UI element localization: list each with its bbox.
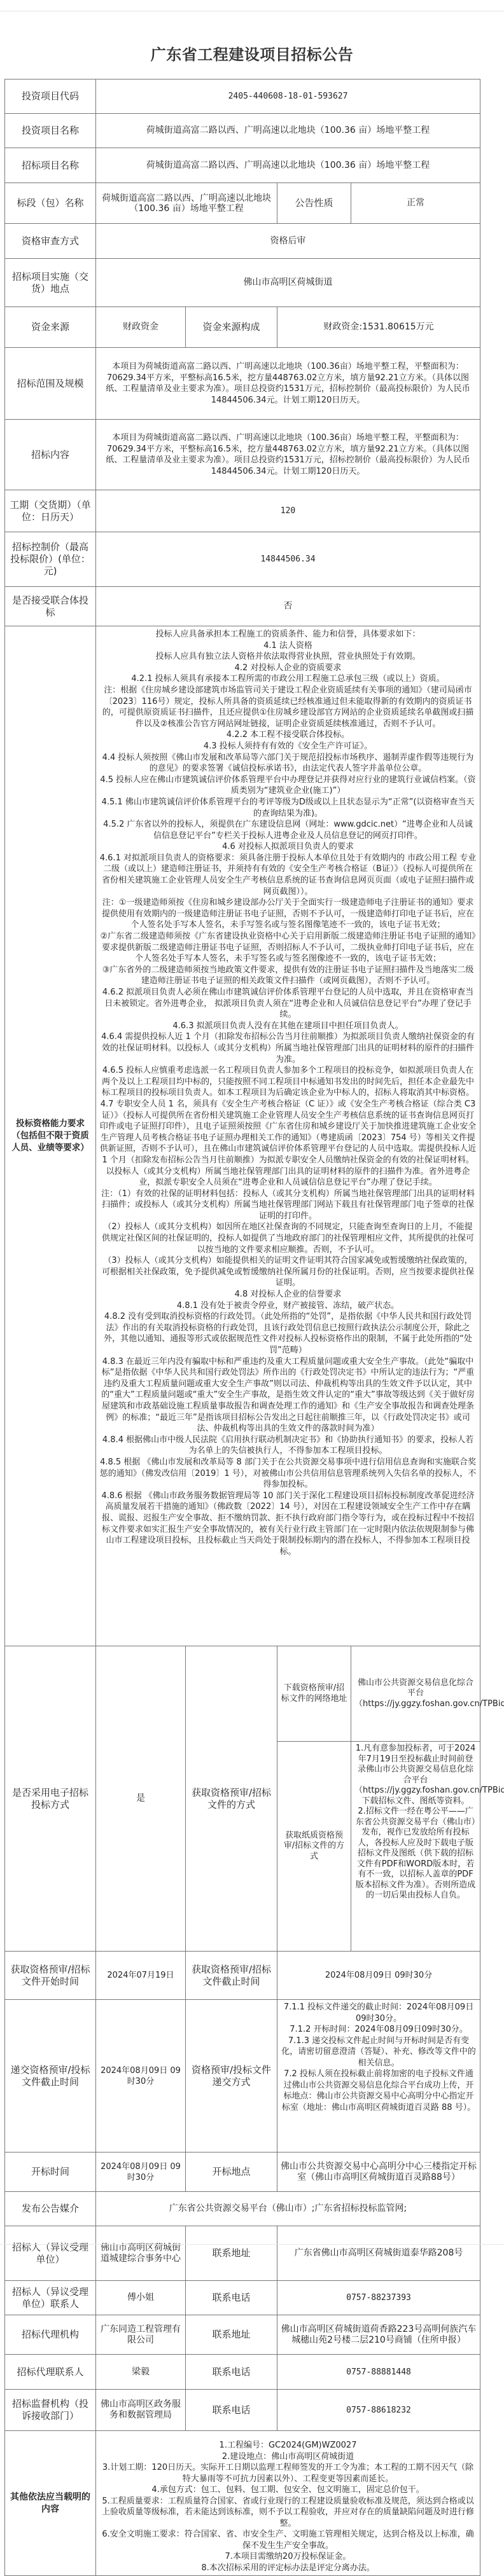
row-media: 发布公告媒介 广东省公共资源交易平台（佛山市）;广东省招标投标监管网;	[5, 2192, 480, 2226]
agency-contact-label: 招标代理联系人	[5, 2355, 96, 2390]
doc-start-label: 获取资格预审/招标文件开始时间	[5, 1952, 96, 2000]
agency-phone-value: 0757-88881448	[277, 2355, 480, 2390]
paper-doc-method-value: 1.凡有意参加投标者，可于2024年7月19日至投标截止时间前登录佛山市公共资源…	[351, 1742, 480, 1952]
row-scope: 招标范围及规模 本项目为荷城街道高富二路以西、广明高速以北地块（100.36亩）…	[5, 348, 480, 420]
project-code-value: 2405-440608-18-01-593627	[96, 79, 480, 114]
content-value: 本项目为荷城街道高富二路以西、广明高速以北地块（100.36亩）场地平整工程，平…	[96, 420, 480, 490]
get-doc-method-label: 获取资格预审/招标文件的方式	[186, 1646, 277, 1952]
supervisor-label: 招标监督机构（投诉接收部门）	[5, 2390, 96, 2431]
opening-place-value: 佛山市公共资源交易中心高明分中心三楼指定开标室（佛山市高明区荷城街道百灵路88号…	[277, 2152, 480, 2192]
opening-time-value: 2024年08月09日 09时30分	[96, 2152, 186, 2192]
doc-end-label: 获取资格预审/招标文件截止时间	[186, 1952, 277, 2000]
row-duration: 工期（交货期）（单位：日历天） 120	[5, 490, 480, 532]
row-consortium: 是否接受联合体投标 否	[5, 587, 480, 626]
tender-project-name-value: 荷城街道高富二路以西、广明高速以北地块（100.36 亩）场地平整工程	[96, 148, 480, 183]
tender-notice-table: 投资项目代码 2405-440608-18-01-593627 投资项目名称 荷…	[4, 79, 480, 2576]
row-electronic-download: 是否采用电子招标投标方式 是 获取资格预审/招标文件的方式 下载资格预审/招标文…	[5, 1646, 480, 1742]
row-section-name: 标段（包）名称 荷城街道高富二路以西、广明高速以北地块（100.36 亩）场地平…	[5, 183, 480, 224]
notice-nature-value: 正常	[351, 183, 480, 224]
tenderer-phone-label: 联系电话	[186, 2281, 277, 2315]
agency-contact-value: 梁毅	[96, 2355, 186, 2390]
scope-label: 招标范围及规模	[5, 348, 96, 420]
location-label: 招标项目实施（交货）地点	[5, 259, 96, 307]
submission-method-label: 资格预审/投标文件递交方式	[186, 2000, 277, 2152]
control-price-label: 招标控制价（最高投标限价）(单位：元)	[5, 532, 96, 587]
supervisor-value: 佛山市高明区政务服务和数据管理局	[96, 2390, 186, 2431]
opening-time-label: 开标时间	[5, 2152, 96, 2192]
submission-method-value: 7.1.1 投标文件递交的截止时间：2024年08月09日09时30分。 7.1…	[277, 2000, 480, 2152]
row-project-code: 投资项目代码 2405-440608-18-01-593627	[5, 79, 480, 114]
agency-phone-label: 联系电话	[186, 2355, 277, 2390]
row-opening: 开标时间 2024年08月09日 09时30分 开标地点 佛山市公共资源交易中心…	[5, 2152, 480, 2192]
row-tenderer-contact: 招标人（异议受理单位）联系人 傅小姐 联系电话 0757-88237393	[5, 2281, 480, 2315]
row-funding: 资金来源 财政资金 资金来源构成 财政资金:1531.80615万元	[5, 307, 480, 348]
funding-source-label: 资金来源	[5, 307, 96, 348]
project-name-value: 荷城街道高富二路以西、广明高速以北地块（100.36 亩）场地平整工程	[96, 114, 480, 148]
tenderer-address-label: 联系地址	[186, 2226, 277, 2281]
duration-value: 120	[96, 490, 480, 532]
download-url-label: 下载资格预审/招标文件的网络地址	[277, 1646, 351, 1742]
funding-composition-value: 财政资金:1531.80615万元	[277, 307, 480, 348]
scope-value: 本项目为荷城街道高富二路以西、广明高速以北地块（100.36亩）场地平整工程，平…	[96, 348, 480, 420]
top-divider	[0, 11, 504, 11]
download-url-value[interactable]: 佛山市公共资源交易信息化综合平台 （https://jy.ggzy.foshan…	[351, 1646, 480, 1742]
media-label: 发布公告媒介	[5, 2192, 96, 2226]
qualification-method-label: 资格审查方式	[5, 224, 96, 259]
duration-label: 工期（交货期）（单位：日历天）	[5, 490, 96, 532]
tenderer-contact-value: 傅小姐	[96, 2281, 186, 2315]
media-value: 广东省公共资源交易平台（佛山市）;广东省招标投标监管网;	[96, 2192, 480, 2226]
supervisor-phone-label: 联系电话	[186, 2390, 277, 2431]
qualification-method-value: 资格后审	[96, 224, 480, 259]
electronic-bidding-value: 是	[96, 1646, 186, 1952]
bottom-divider	[0, 2244, 504, 2245]
other-value: 1.工程编号：GC2024(GM)WZ0027 2.建设地点：佛山市高明区荷城街…	[96, 2431, 480, 2576]
row-supervisor: 招标监督机构（投诉接收部门） 佛山市高明区政务服务和数据管理局 联系电话 075…	[5, 2390, 480, 2431]
agency-value: 广东同造工程管理有限公司	[96, 2315, 186, 2355]
row-tender-project-name: 招标项目名称 荷城街道高富二路以西、广明高速以北地块（100.36 亩）场地平整…	[5, 148, 480, 183]
electronic-bidding-label: 是否采用电子招标投标方式	[5, 1646, 96, 1952]
funding-source-value: 财政资金	[96, 307, 186, 348]
page-title: 广东省工程建设项目招标公告	[0, 42, 504, 64]
section-name-value: 荷城街道高富二路以西、广明高速以北地块（100.36 亩）场地平整工程	[96, 183, 277, 224]
row-project-name: 投资项目名称 荷城街道高富二路以西、广明高速以北地块（100.36 亩）场地平整…	[5, 114, 480, 148]
row-qualification-method: 资格审查方式 资格后审	[5, 224, 480, 259]
tenderer-label: 招标人（异议受理单位）	[5, 2226, 96, 2281]
submission-deadline-value: 2024年08月09日 09时30分	[96, 2000, 186, 2152]
agency-address-value: 佛山市高明区荷城街道荷香路223号高明何族汽车城穗山苑2号楼二层210号商铺（住…	[277, 2315, 480, 2355]
project-name-label: 投资项目名称	[5, 114, 96, 148]
row-location: 招标项目实施（交货）地点 佛山市高明区荷城街道	[5, 259, 480, 307]
requirements-label: 投标资格能力要求（包括但不限于资质人员、业绩等要求）	[5, 626, 96, 1646]
row-control-price: 招标控制价（最高投标限价）(单位：元) 14844506.34	[5, 532, 480, 587]
tenderer-value: 佛山市高明区荷城街道城建综合事务中心	[96, 2226, 186, 2281]
tenderer-phone-value: 0757-88237393	[277, 2281, 480, 2315]
tender-project-name-label: 招标项目名称	[5, 148, 96, 183]
doc-start-value: 2024年07月19日	[96, 1952, 186, 2000]
row-doc-time: 获取资格预审/招标文件开始时间 2024年07月19日 获取资格预审/招标文件截…	[5, 1952, 480, 2000]
supervisor-phone-value: 0757-88618232	[277, 2390, 480, 2431]
tenderer-address-value: 广东省佛山市高明区荷城街道泰华路208号	[277, 2226, 480, 2281]
row-agency: 招标代理机构 广东同造工程管理有限公司 联系地址 佛山市高明区荷城街道荷香路22…	[5, 2315, 480, 2355]
row-tenderer: 招标人（异议受理单位） 佛山市高明区荷城街道城建综合事务中心 联系地址 广东省佛…	[5, 2226, 480, 2281]
agency-label: 招标代理机构	[5, 2315, 96, 2355]
project-code-label: 投资项目代码	[5, 79, 96, 114]
content-label: 招标内容	[5, 420, 96, 490]
row-other: 其他依法应当载明的内容 1.工程编号：GC2024(GM)WZ0027 2.建设…	[5, 2431, 480, 2576]
notice-nature-label: 公告性质	[277, 183, 351, 224]
row-requirements: 投标资格能力要求（包括但不限于资质人员、业绩等要求） 投标人应具备承担本工程施工…	[5, 626, 480, 1646]
doc-end-value: 2024年08月09日 09时30分	[277, 1952, 480, 2000]
row-content: 招标内容 本项目为荷城街道高富二路以西、广明高速以北地块（100.36亩）场地平…	[5, 420, 480, 490]
tenderer-contact-label: 招标人（异议受理单位）联系人	[5, 2281, 96, 2315]
other-label: 其他依法应当载明的内容	[5, 2431, 96, 2576]
requirements-value: 投标人应具备承担本工程施工的资质条件、能力和信誉，具体要求如下： 4.1 法人资…	[96, 626, 480, 1646]
section-name-label: 标段（包）名称	[5, 183, 96, 224]
control-price-value: 14844506.34	[96, 532, 480, 587]
paper-doc-method-label: 获取纸质资格预审/招标文件的方式	[277, 1742, 351, 1952]
consortium-value: 否	[96, 587, 480, 626]
opening-place-label: 开标地点	[186, 2152, 277, 2192]
location-value: 佛山市高明区荷城街道	[96, 259, 480, 307]
submission-deadline-label: 递交资格预审/投标文件截止时间	[5, 2000, 96, 2152]
agency-address-label: 联系地址	[186, 2315, 277, 2355]
funding-composition-label: 资金来源构成	[186, 307, 277, 348]
row-submission: 递交资格预审/投标文件截止时间 2024年08月09日 09时30分 资格预审/…	[5, 2000, 480, 2152]
consortium-label: 是否接受联合体投标	[5, 587, 96, 626]
row-agency-contact: 招标代理联系人 梁毅 联系电话 0757-88881448	[5, 2355, 480, 2390]
